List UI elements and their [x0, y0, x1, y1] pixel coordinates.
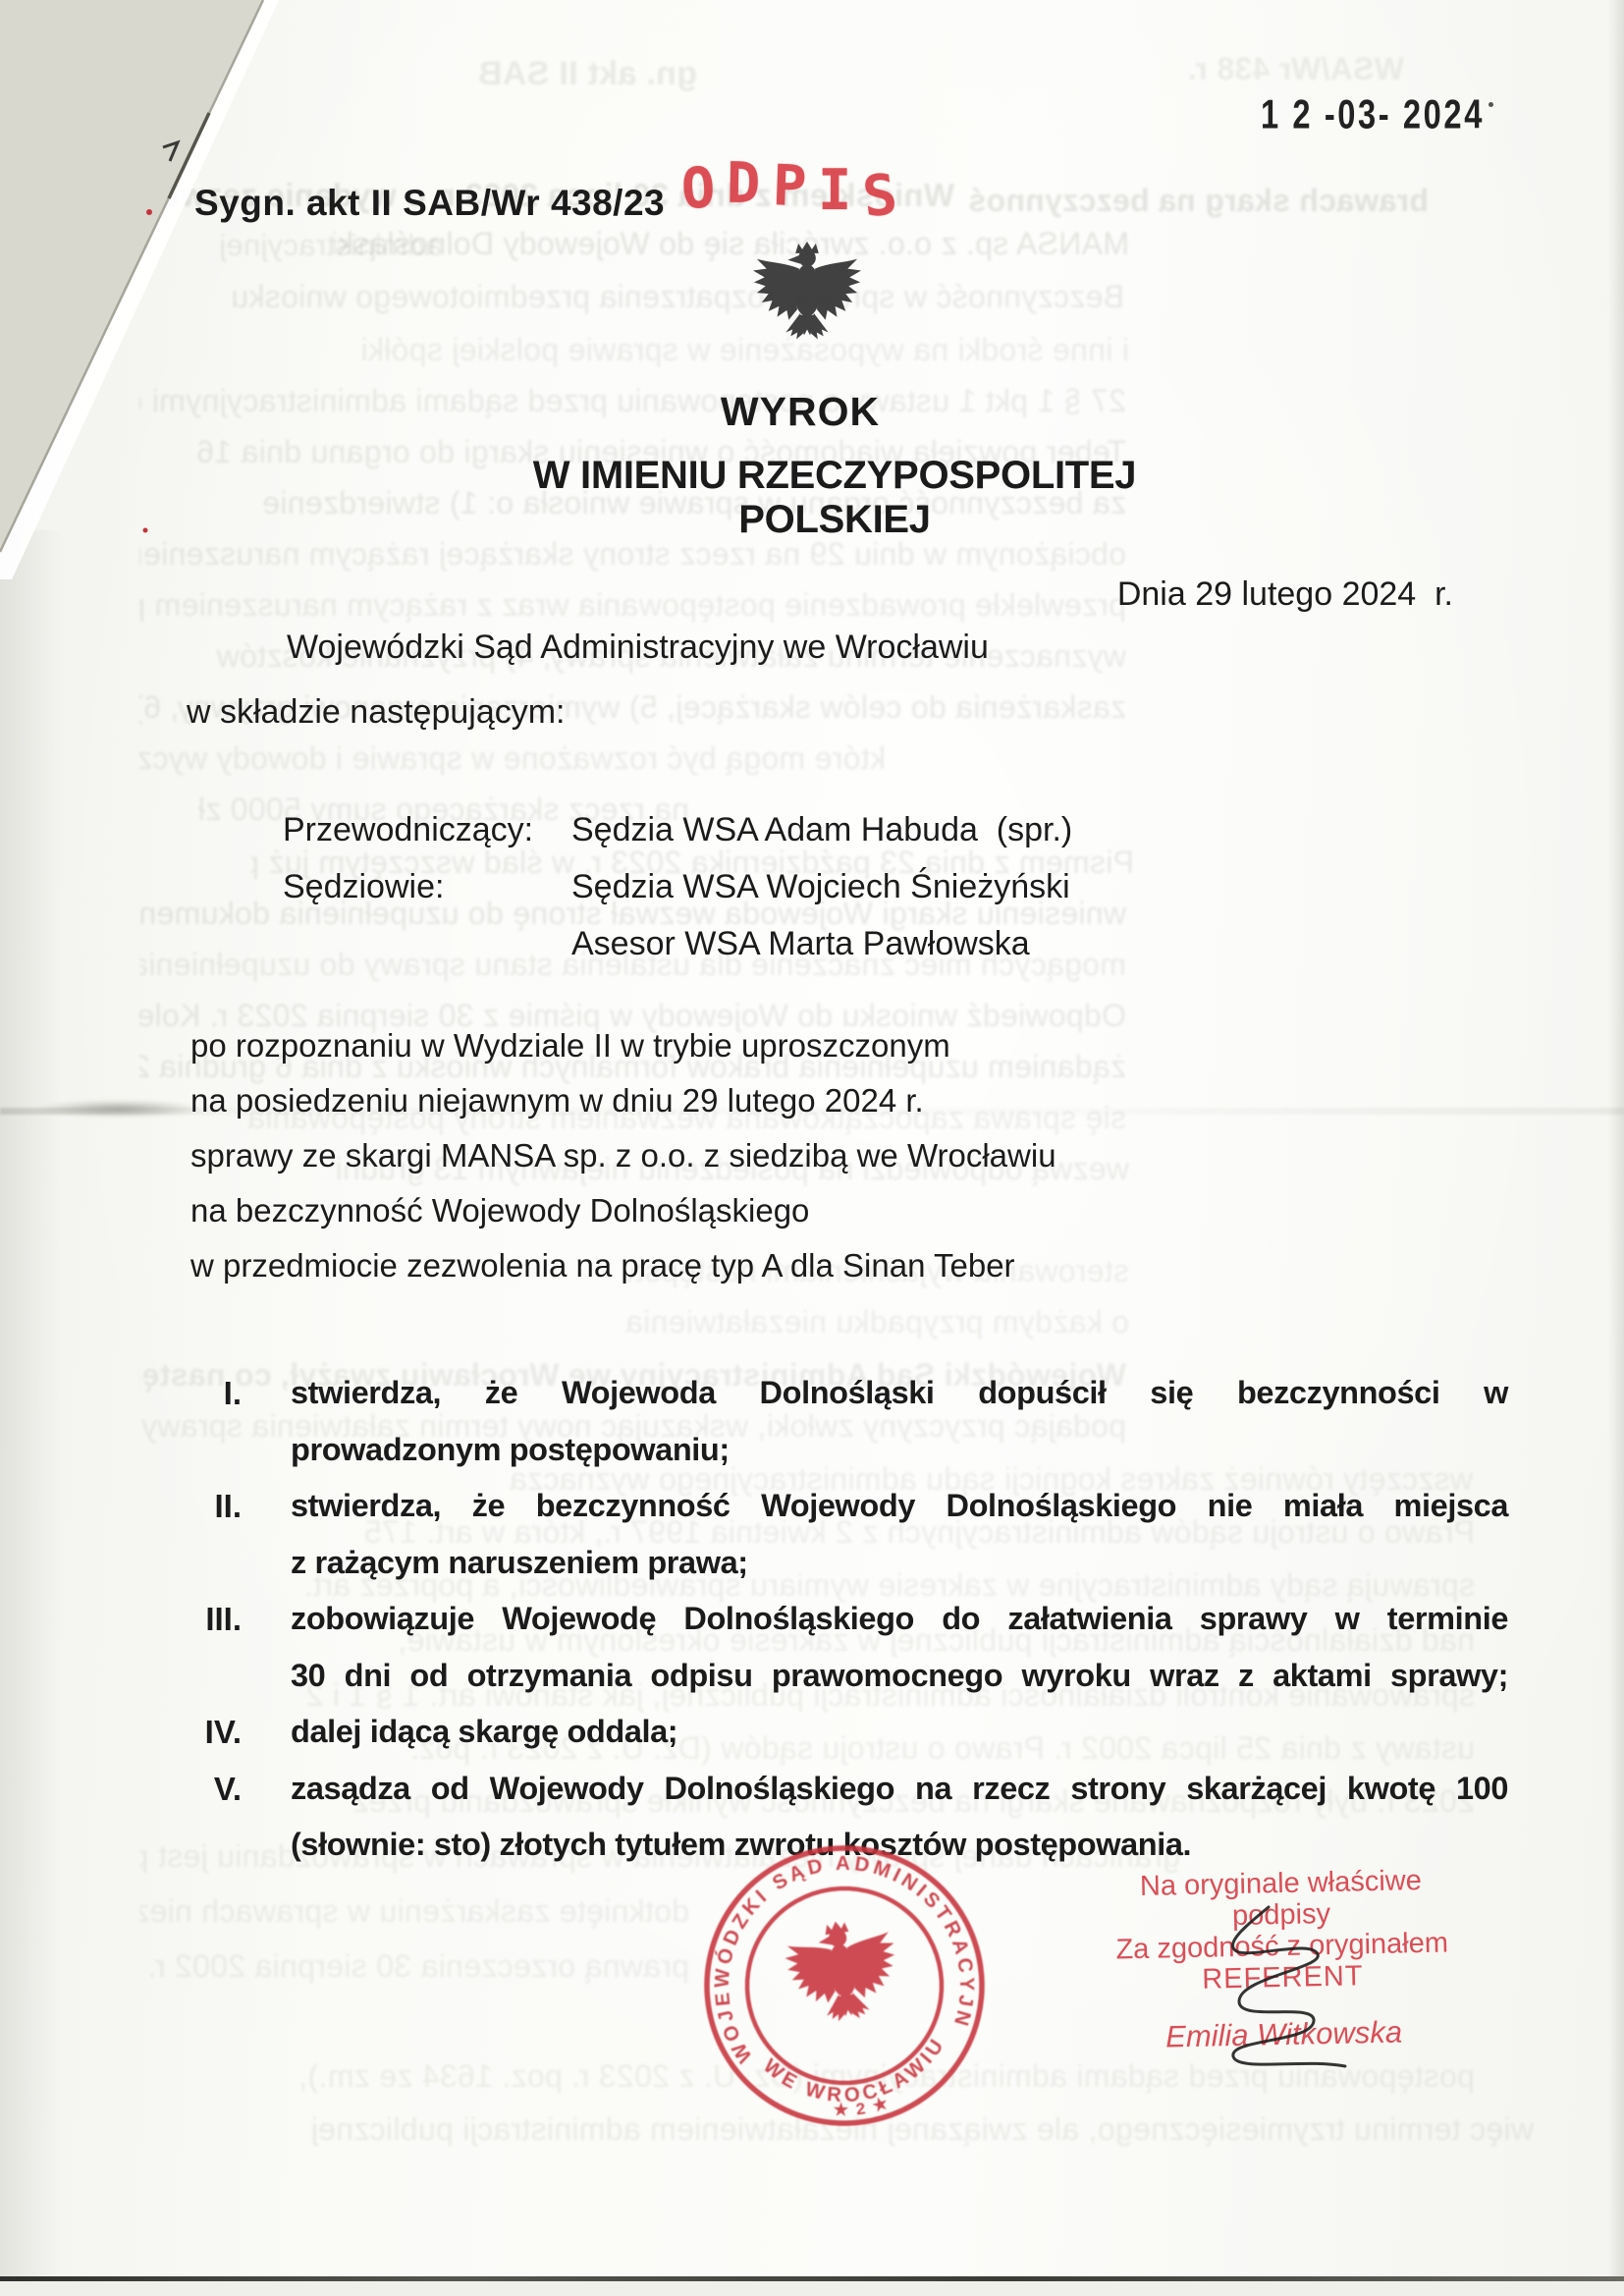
verdict-lines: stwierdza, że Wojewoda Dolnośląski dopuś…	[291, 1365, 1508, 1478]
polish-eagle-emblem	[749, 240, 865, 365]
red-speck	[146, 209, 152, 215]
right-page-shading	[1608, 0, 1624, 2296]
composition-row: Asesor WSA Marta Pawłowska	[283, 925, 1072, 982]
received-date-stamp: 1 2 -03- 2024	[1261, 92, 1485, 138]
verdict-line: stwierdza, że bezczynność Wojewody Dolno…	[291, 1478, 1508, 1535]
composition-table: Przewodniczący:Sędzia WSA Adam Habuda (s…	[283, 811, 1072, 982]
verdict-line: stwierdza, że Wojewoda Dolnośląski dopuś…	[291, 1365, 1508, 1422]
verdict-item: II.stwierdza, że bezczynność Wojewody Do…	[0, 1478, 1624, 1591]
body-line: w przedmiocie zezwolenia na pracę typ A …	[190, 1245, 1056, 1300]
bleedthrough-line: Bezczynność w sprawie rozpatrzenia przed…	[221, 279, 1124, 315]
verdict-numeral: II.	[0, 1478, 242, 1591]
bleedthrough-line: gn. akt II SAB	[461, 55, 697, 93]
odpis-letter: I	[818, 158, 863, 223]
seal-ring-top-text: WOJEWÓDZKI SĄD ADMINISTRACYJNY	[678, 1820, 986, 2073]
court-name: Wojewódzki Sąd Administracyjny we Wrocła…	[287, 629, 989, 667]
verdict-list: I.stwierdza, że Wojewoda Dolnośląski dop…	[0, 1365, 1624, 1874]
verdict-item: IV.dalej idącą skargę oddala;	[0, 1704, 1624, 1761]
ink-speck	[1489, 102, 1493, 107]
composition-row: Sędziowie:Sędzia WSA Wojciech Śnieżyński	[283, 868, 1072, 925]
handwritten-signature	[1196, 1899, 1363, 2086]
verdict-line: zobowiązuje Wojewodę Dolnośląskiego do z…	[291, 1591, 1508, 1648]
verdict-lines: zobowiązuje Wojewodę Dolnośląskiego do z…	[291, 1591, 1508, 1704]
composition-judge-name: Sędzia WSA Wojciech Śnieżyński	[571, 868, 1072, 906]
odpis-letter: P	[772, 153, 820, 220]
verdict-line: z rażącym naruszeniem prawa;	[291, 1535, 1508, 1592]
body-line: na posiedzeniu niejawnym w dniu 29 luteg…	[190, 1080, 1056, 1135]
verdict-item: I.stwierdza, że Wojewoda Dolnośląski dop…	[0, 1365, 1624, 1478]
composition-intro: w składzie następującym:	[187, 693, 566, 732]
judgment-date: Dnia 29 lutego 2024 r.	[1117, 575, 1453, 614]
red-speck	[143, 528, 148, 533]
bleedthrough-line: które mogą być rozważone w sprawie i dow…	[139, 740, 886, 777]
bleedthrough-line: brawach skarg na bezczynność	[967, 183, 1429, 219]
case-number: Sygn. akt II SAB/Wr 438/23	[194, 183, 665, 224]
scanned-judgment-page: gn. akt II SABWSA/Wr 438 r.brawach skarg…	[0, 0, 1624, 2296]
verdict-numeral: V.	[0, 1761, 242, 1874]
bleedthrough-line: o każdym przypadku niezałatwienia	[530, 1304, 1129, 1340]
verdict-item: III.zobowiązuje Wojewodę Dolnośląskiego …	[0, 1591, 1624, 1704]
body-line: na bezczynność Wojewody Dolnośląskiego	[190, 1190, 1056, 1245]
paper-crease-smudge	[35, 1100, 202, 1118]
odpis-stamp: ODPIS	[681, 153, 909, 218]
scanner-background-strip	[0, 2281, 1624, 2296]
body-line: sprawy ze skargi MANSA sp. z o.o. z sied…	[190, 1135, 1056, 1190]
bleedthrough-line: i inne środki na wyposażenie w sprawie p…	[324, 332, 1129, 368]
verdict-lines: stwierdza, że bezczynność Wojewody Dolno…	[291, 1478, 1508, 1591]
odpis-letter: D	[727, 151, 773, 217]
odpis-letter: S	[859, 160, 912, 230]
bleedthrough-line: prawną orzeczenia 30 sierpnia 2002 r. Pr…	[139, 1948, 689, 1985]
composition-judge-name: Asesor WSA Marta Pawłowska	[571, 925, 1072, 963]
verdict-line: prowadzonym postępowaniu;	[291, 1422, 1508, 1479]
judgment-title: WYROK	[702, 389, 898, 435]
bleedthrough-line: MANSA sp. z o.o. zwróciła się do Wojewod…	[334, 226, 1129, 262]
composition-role: Przewodniczący:	[283, 811, 571, 849]
bleedthrough-line: dotknięte zaskarżeniu w sprawach niezała…	[139, 1893, 689, 1930]
judgment-subtitle: W IMIENIU RZECZYPOSPOLITEJ POLSKIEJ	[471, 454, 1198, 542]
verdict-numeral: I.	[0, 1365, 242, 1478]
composition-judge-name: Sędzia WSA Adam Habuda (spr.)	[571, 811, 1072, 849]
composition-role: Sędziowie:	[283, 868, 571, 906]
body-block: po rozpoznaniu w Wydziale II w trybie up…	[190, 1025, 1056, 1300]
corner-fold	[0, 0, 295, 609]
bleedthrough-line: WSA/Wr 438 r.	[1159, 51, 1404, 87]
composition-row: Przewodniczący:Sędzia WSA Adam Habuda (s…	[283, 811, 1072, 868]
verdict-line: dalej idącą skargę oddala;	[291, 1704, 1508, 1761]
verdict-numeral: III.	[0, 1591, 242, 1704]
svg-text:WOJEWÓDZKI SĄD ADMINISTRACYJNY: WOJEWÓDZKI SĄD ADMINISTRACYJNY	[678, 1820, 986, 2073]
verdict-numeral: IV.	[0, 1704, 242, 1761]
odpis-letter: O	[679, 155, 729, 222]
court-round-seal: WOJEWÓDZKI SĄD ADMINISTRACYJNY WE WROCŁA…	[678, 1820, 1011, 2153]
verdict-lines: dalej idącą skargę oddala;	[291, 1704, 1508, 1761]
verdict-line: zasądza od Wojewody Dolnośląskiego na rz…	[291, 1761, 1508, 1818]
verdict-line: 30 dni od otrzymania odpisu prawomocnego…	[291, 1648, 1508, 1705]
body-line: po rozpoznaniu w Wydziale II w trybie up…	[190, 1025, 1056, 1080]
